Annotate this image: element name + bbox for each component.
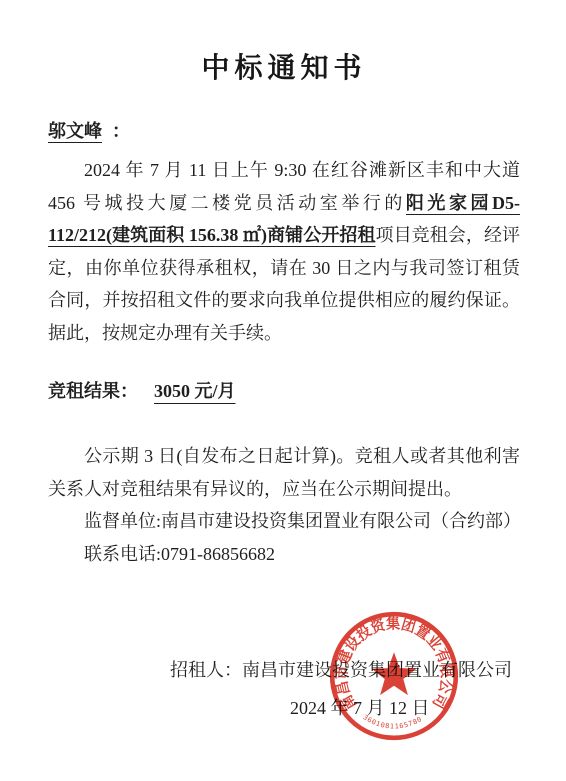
recipient-name: 邬文峰 <box>48 121 112 141</box>
body-paragraph-1: 2024 年 7 月 11 日上午 9:30 在红谷滩新区丰和中大道 456 号… <box>48 154 520 349</box>
bid-result-label: 竞租结果： <box>48 381 138 401</box>
phone-line: 联系电话:0791-86856682 <box>48 538 520 571</box>
date-line: 2024 年 7 月 12 日 <box>48 692 520 725</box>
recipient-colon: ： <box>112 121 130 141</box>
body-paragraph-2: 公示期 3 日(自发布之日起计算)。竞租人或者其他利害关系人对竞租结果有异议的，… <box>48 440 520 505</box>
notice-document: 中标通知书 邬文峰： 2024 年 7 月 11 日上午 9:30 在红谷滩新区… <box>0 0 566 781</box>
bid-result-value: 3050 元/月 <box>138 381 252 401</box>
signature-block: 招租人：南昌市建设投资集团置业有限公司 2024 年 7 月 12 日 <box>48 654 520 724</box>
supervisor-line: 监督单位:南昌市建设投资集团置业有限公司（合约部） <box>48 505 520 538</box>
publicity-block: 公示期 3 日(自发布之日起计算)。竞租人或者其他利害关系人对竞租结果有异议的，… <box>48 440 520 570</box>
lessor-line: 招租人：南昌市建设投资集团置业有限公司 <box>48 654 520 687</box>
notice-title: 中标通知书 <box>48 0 520 86</box>
recipient-line: 邬文峰： <box>48 118 520 144</box>
bid-result-line: 竞租结果：3050 元/月 <box>48 378 520 404</box>
